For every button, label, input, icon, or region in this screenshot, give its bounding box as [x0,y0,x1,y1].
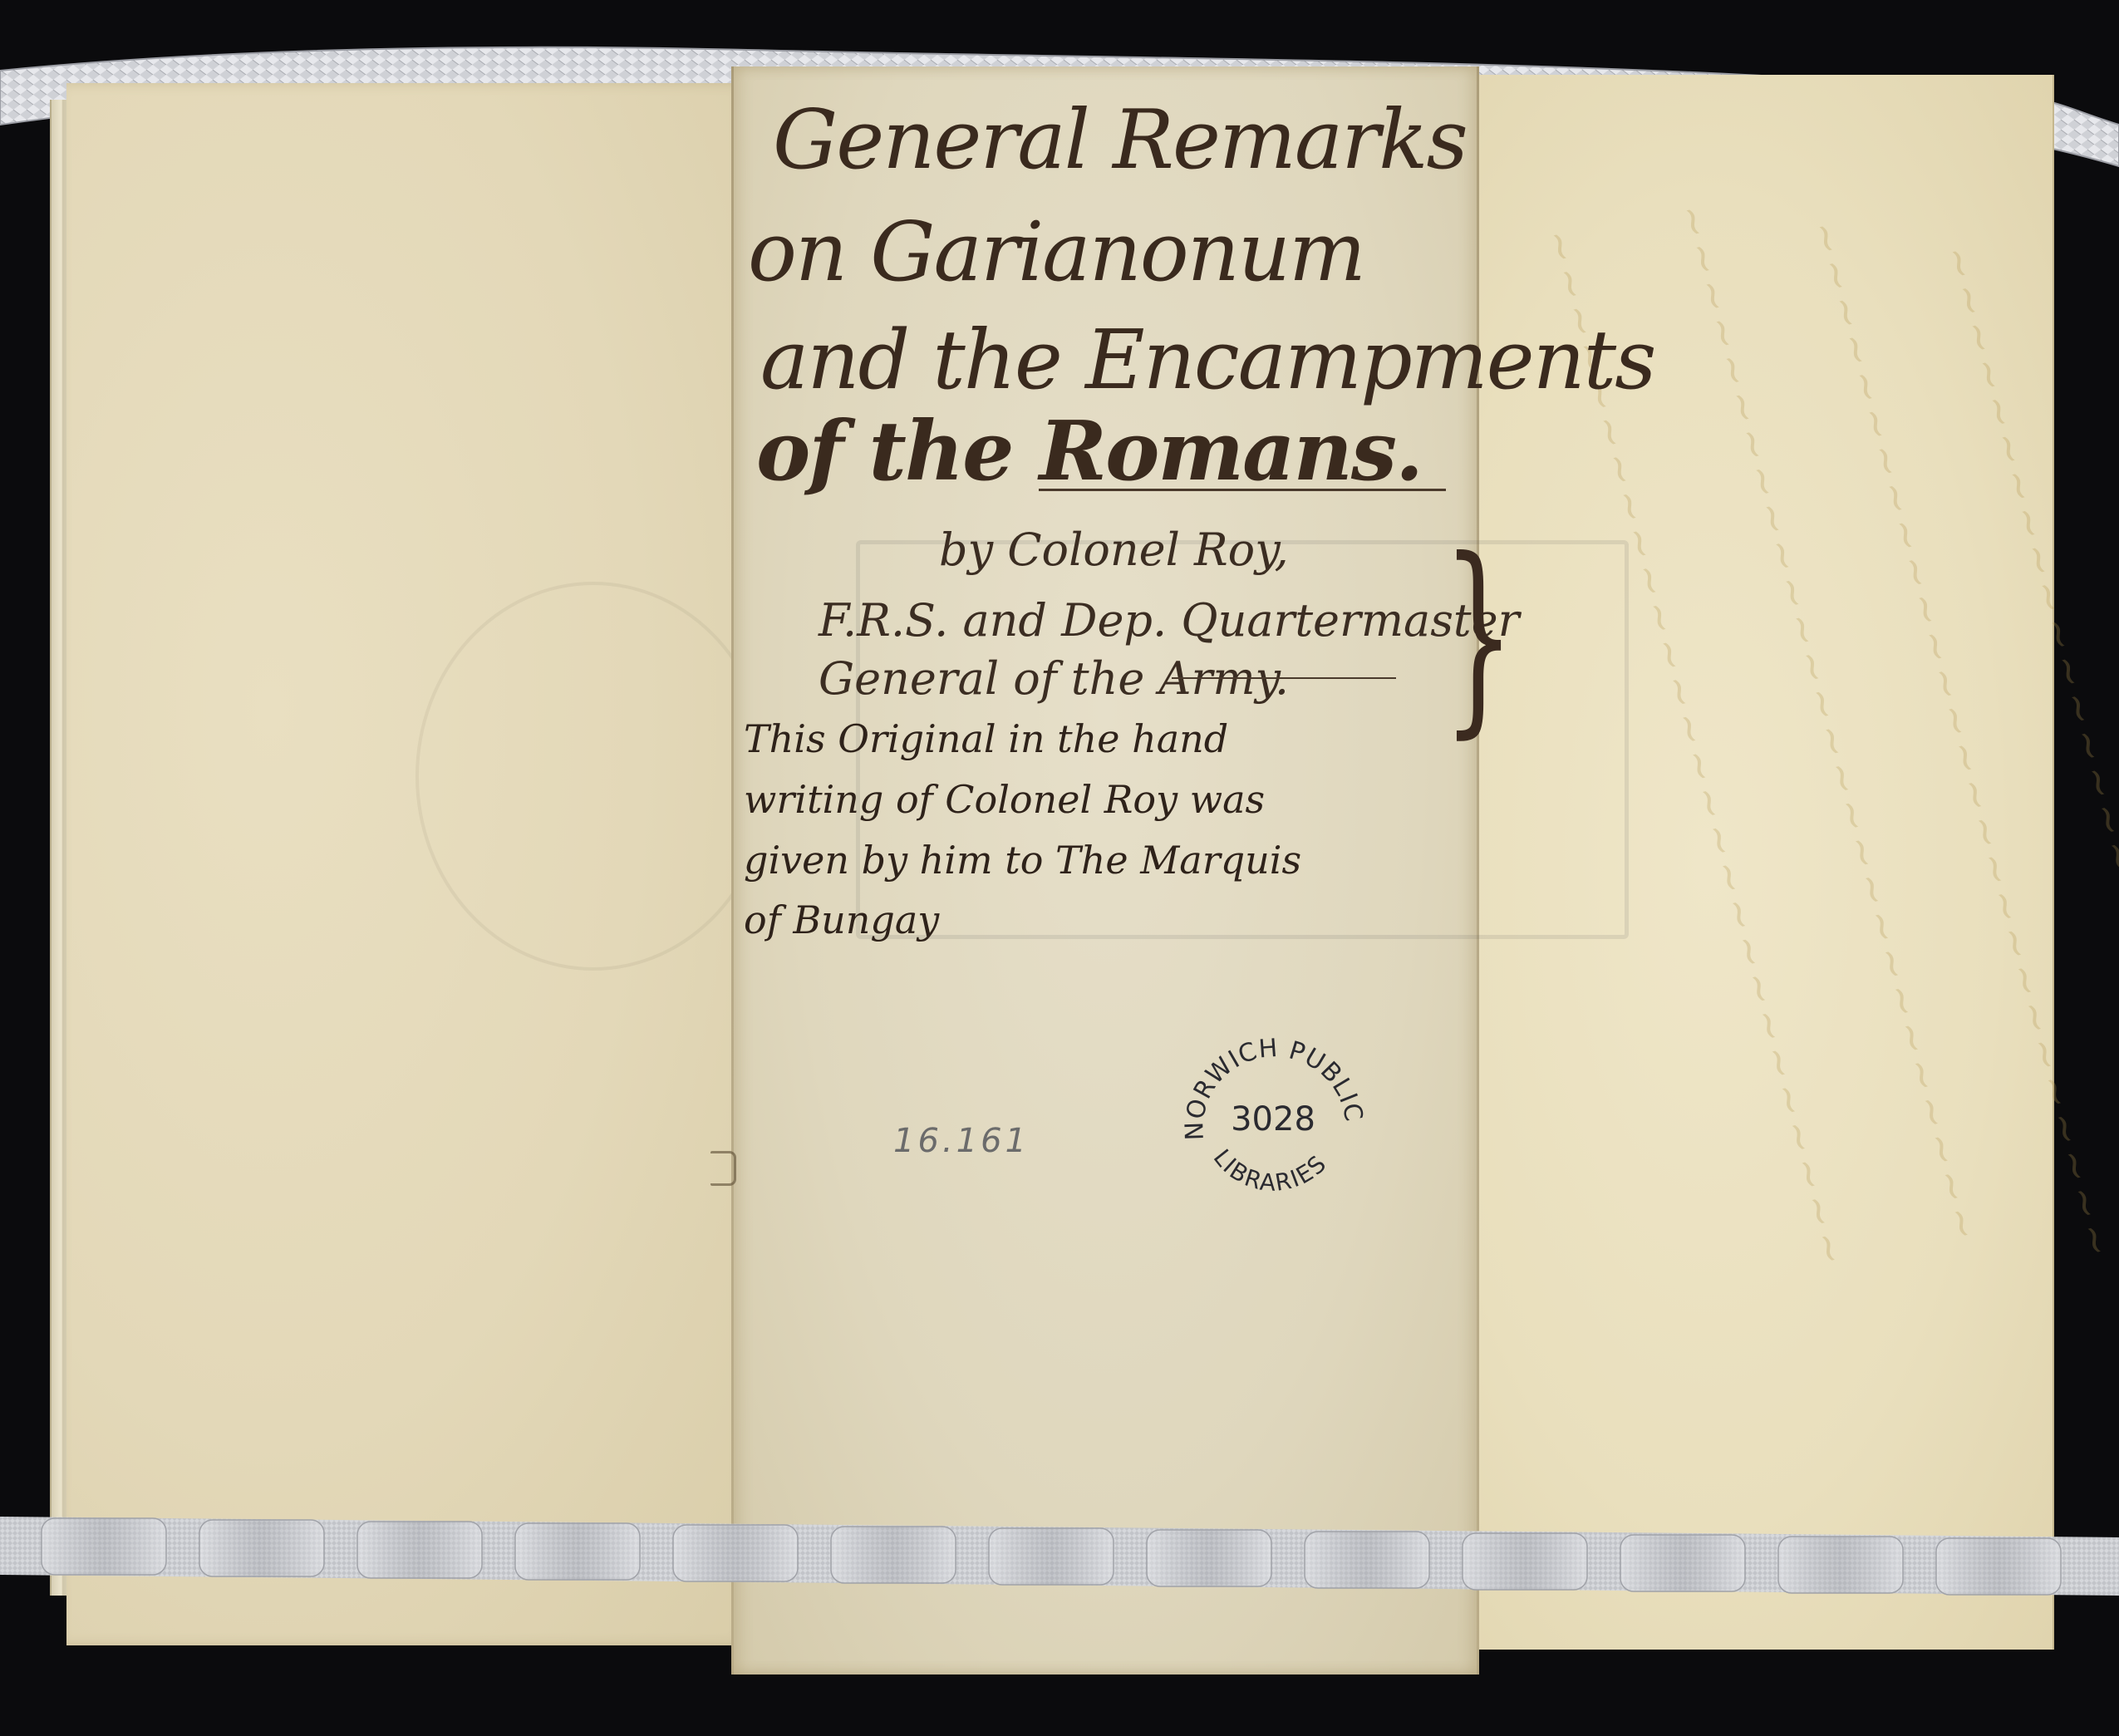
author-line-2: F.R.S. and Dep. Quartermaster [819,594,1519,647]
title-line-1: General Remarks [773,100,1467,181]
author-rule [1172,677,1396,679]
fold-line-left [731,66,734,1675]
bleed-through-stamp [415,582,771,971]
note-line-2: writing of Colonel Roy was [744,777,1265,822]
note-line-3: given by him to The Marquis [744,838,1301,883]
title-line-4: of the Romans. [756,411,1422,493]
pencil-shelfmark: 16.161 [893,1122,1030,1160]
note-line-1: This Original in the hand [744,716,1228,761]
paper-tear [710,1151,736,1186]
author-line-1: by Colonel Roy, [939,524,1289,576]
title-line-2: on Garianonum [748,212,1364,293]
note-line-4: of Bungay [744,898,939,942]
library-stamp: NORWICH PUBLIC LIBRARIES 3028 [1173,1020,1373,1220]
title-underline [1039,489,1446,491]
bottom-binding-ribbon [0,1508,2119,1600]
stamp-number: 3028 [1231,1100,1315,1138]
left-panel [66,83,748,1645]
curly-brace: } [1443,532,1515,740]
stamp-bottom-text: LIBRARIES [1208,1144,1333,1197]
title-line-3: and the Encampments [760,320,1654,401]
